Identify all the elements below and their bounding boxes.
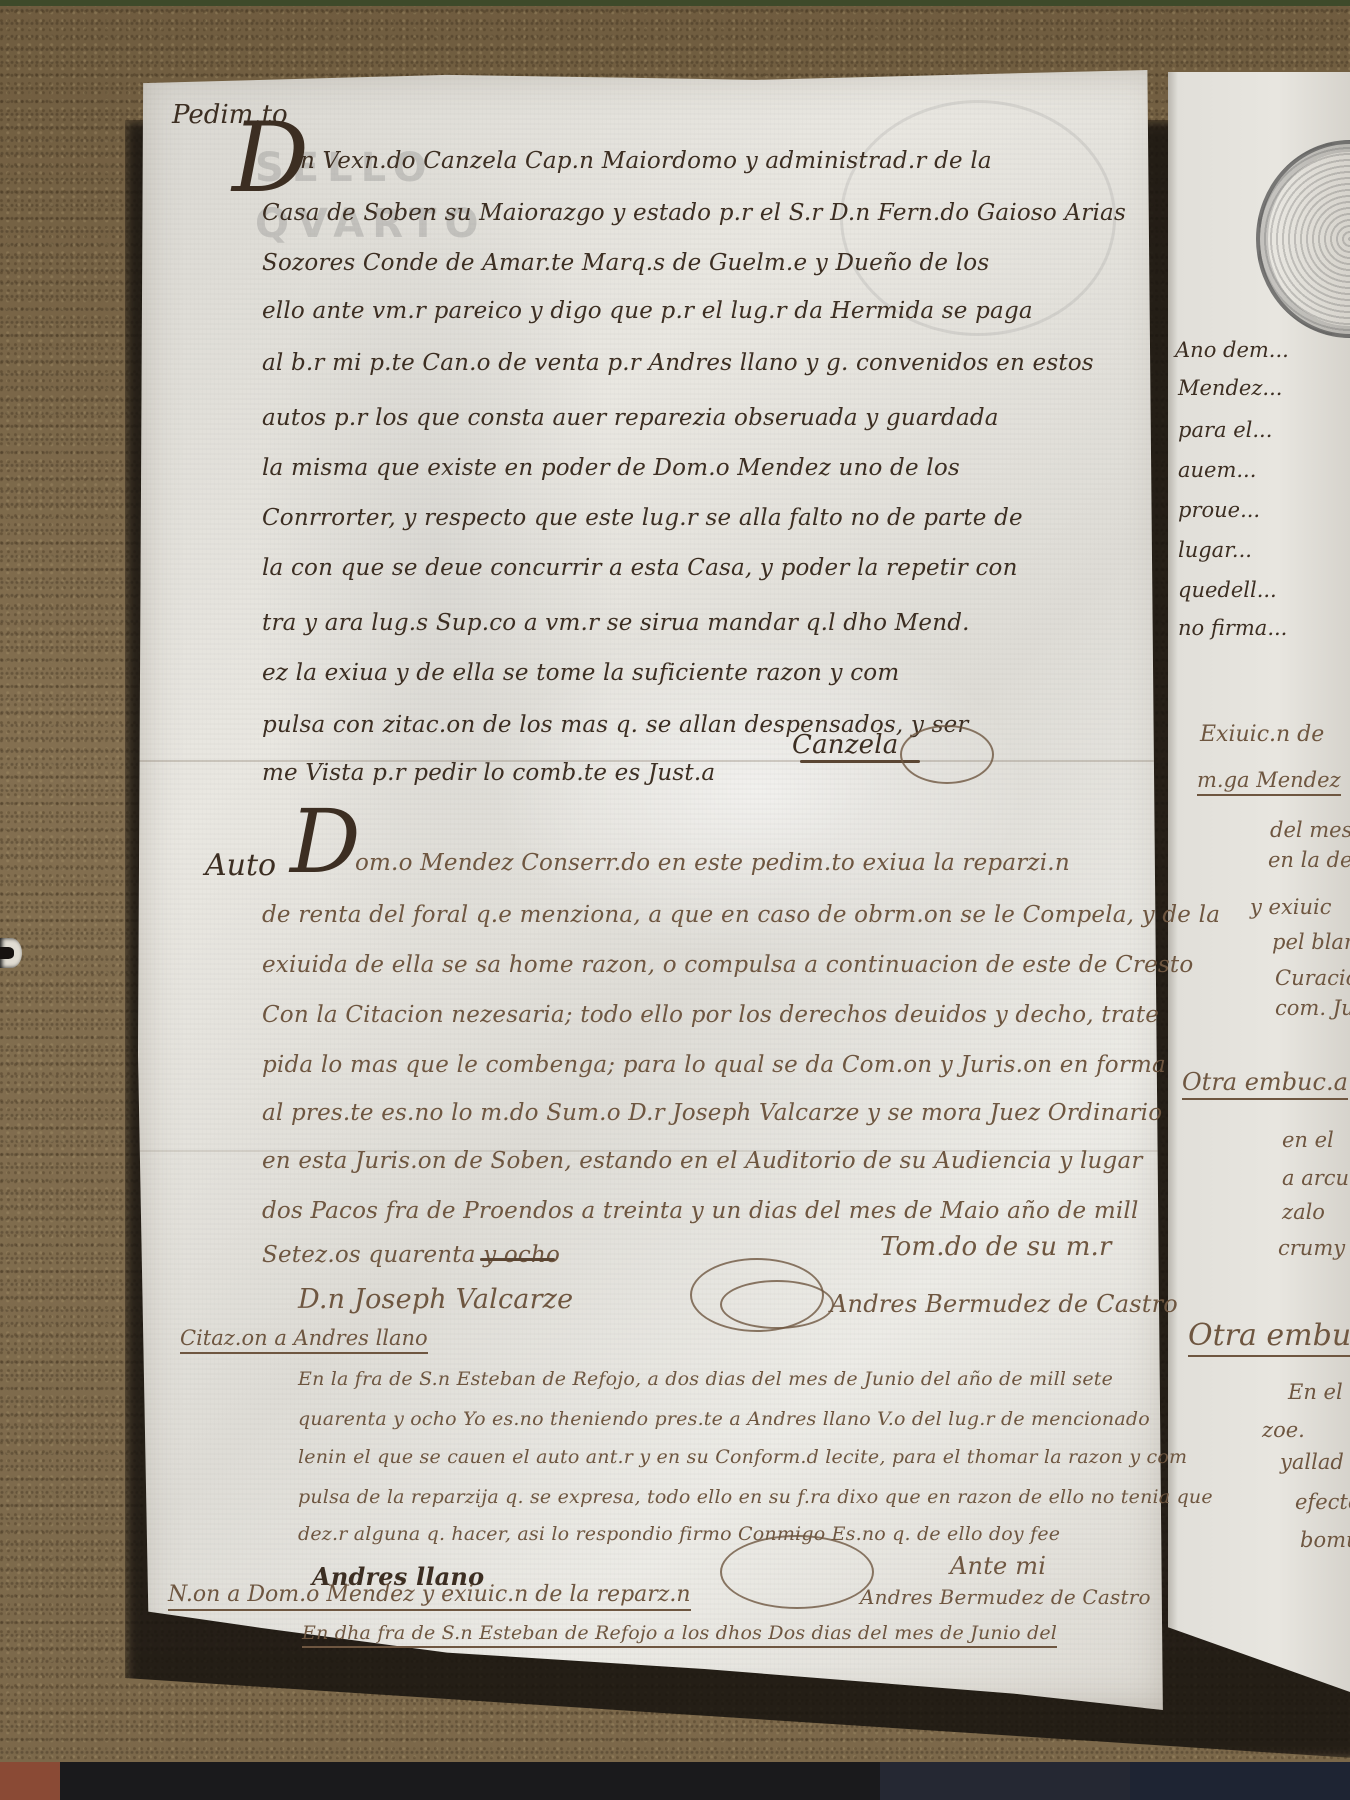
pedimento-line: Sozores Conde de Amar.te Marq.s de Guelm… (262, 250, 989, 276)
right-page-line: Curacion (1275, 966, 1350, 990)
signature-bermudez: Andres Bermudez de Castro (860, 1585, 1151, 1609)
top-edge-strip (0, 0, 1350, 6)
decorated-initial: D (232, 110, 309, 206)
right-page-line: Mendez... (1178, 376, 1282, 400)
right-page-line: del mes (1270, 818, 1350, 842)
signature-valcarze: D.n Joseph Valcarze (298, 1284, 573, 1315)
right-page-line: crumy (1278, 1236, 1345, 1260)
screw-hole (0, 938, 22, 968)
right-page-line: En el (1288, 1380, 1343, 1404)
right-page-line: yallad (1280, 1450, 1344, 1474)
citacion-line: lenin el que se cauen el auto ant.r y en… (298, 1446, 1187, 1468)
ante-mi: Ante mi (950, 1552, 1046, 1580)
floor-below-board (0, 1762, 1350, 1800)
right-page-line: proue... (1178, 498, 1260, 522)
right-page-line: lugar... (1178, 538, 1252, 562)
right-page-heading: Otra embuc. (1188, 1318, 1350, 1357)
pedimento-line: Conrrorter, y respecto que este lug.r se… (262, 505, 1023, 531)
right-page-line: para el... (1178, 418, 1272, 442)
right-page-line: efecto (1295, 1490, 1350, 1514)
right-page-heading: Otra embuc.a (1182, 1068, 1348, 1100)
right-page-line: pel blan (1272, 930, 1350, 954)
auto-line: en esta Juris.on de Soben, estando en el… (262, 1148, 1143, 1174)
pedimento-line: me Vista p.r pedir lo comb.te es Just.a (262, 760, 715, 786)
pedimento-line: al b.r mi p.te Can.o de venta p.r Andres… (262, 350, 1094, 376)
margin-heading-notificacion: N.on a Dom.o Mendez y exiuic.n de la rep… (168, 1582, 691, 1611)
margin-heading-citacion: Citaz.on a Andres llano (180, 1326, 428, 1354)
decorated-initial: D (290, 798, 361, 886)
attestation: Tom.do de su m.r (880, 1232, 1112, 1262)
signature-flourish (720, 1280, 834, 1329)
signature-flourish (720, 1535, 874, 1609)
margin-heading-auto: Auto (205, 848, 276, 883)
auto-line: Setez.os quarenta y ocho (262, 1242, 560, 1268)
pedimento-line: tra y ara lug.s Sup.co a vm.r se sirua m… (262, 610, 970, 636)
right-page-heading: Exiuic.n de (1200, 722, 1324, 747)
right-page-line: a arcum (1282, 1166, 1350, 1190)
right-page-line: quedell... (1178, 578, 1277, 602)
pedimento-line: la misma que existe en poder de Dom.o Me… (262, 455, 960, 481)
signature-canzela: Canzela (792, 730, 898, 760)
citacion-line: dez.r alguna q. hacer, asi lo respondio … (298, 1523, 1060, 1545)
pedimento-line: la con que se deue concurrir a esta Casa… (262, 555, 1018, 581)
auto-line: pida lo mas que le combenga; para lo qua… (262, 1052, 1166, 1078)
auto-line: om.o Mendez Conserr.do en este pedim.to … (355, 850, 1070, 876)
auto-line: Con la Citacion nezesaria; todo ello por… (262, 1002, 1159, 1028)
right-page-line: en el (1282, 1128, 1334, 1152)
pedimento-line: Casa de Soben su Maiorazgo y estado p.r … (262, 200, 1126, 226)
pedimento-line: ello ante vm.r pareico y digo que p.r el… (262, 298, 1033, 324)
right-page-line: Ano dem... (1175, 338, 1289, 362)
right-page-line: en la del (1268, 848, 1350, 872)
citacion-line: En la fra de S.n Esteban de Refojo, a do… (298, 1368, 1113, 1390)
signature-flourish (900, 725, 994, 784)
citacion-line: pulsa de la reparzija q. se expresa, tod… (298, 1486, 1213, 1508)
pedimento-line: n Vexn.do Canzela Cap.n Maiordomo y admi… (300, 148, 992, 174)
right-page-line: zalo (1282, 1200, 1325, 1224)
auto-line: al pres.te es.no lo m.do Sum.o D.r Josep… (262, 1100, 1162, 1126)
right-page-heading: m.ga Mendez (1197, 768, 1341, 796)
right-page-line: no firma... (1178, 616, 1287, 640)
signature-bermudez: Andres Bermudez de Castro (830, 1290, 1178, 1318)
right-page-line: bomu (1300, 1528, 1350, 1552)
line-end-dash (480, 1258, 555, 1261)
notificacion-line: En dha fra de S.n Esteban de Refojo a lo… (302, 1622, 1057, 1648)
auto-line: dos Pacos fra de Proendos a treinta y un… (262, 1198, 1139, 1224)
auto-line: de renta del foral q.e menziona, a que e… (262, 902, 1220, 928)
right-page-line: y exiuic (1250, 895, 1332, 919)
right-page-line: com. Jur (1275, 996, 1350, 1020)
pedimento-line: autos p.r los que consta auer reparezia … (262, 405, 999, 431)
right-page-line: zoe. (1262, 1418, 1305, 1442)
pedimento-line: ez la exiua y de ella se tome la suficie… (262, 660, 899, 686)
auto-line: exiuida de ella se sa home razon, o comp… (262, 952, 1193, 978)
right-page-line: auem... (1178, 458, 1256, 482)
citacion-line: quarenta y ocho Yo es.no theniendo pres.… (298, 1408, 1150, 1430)
